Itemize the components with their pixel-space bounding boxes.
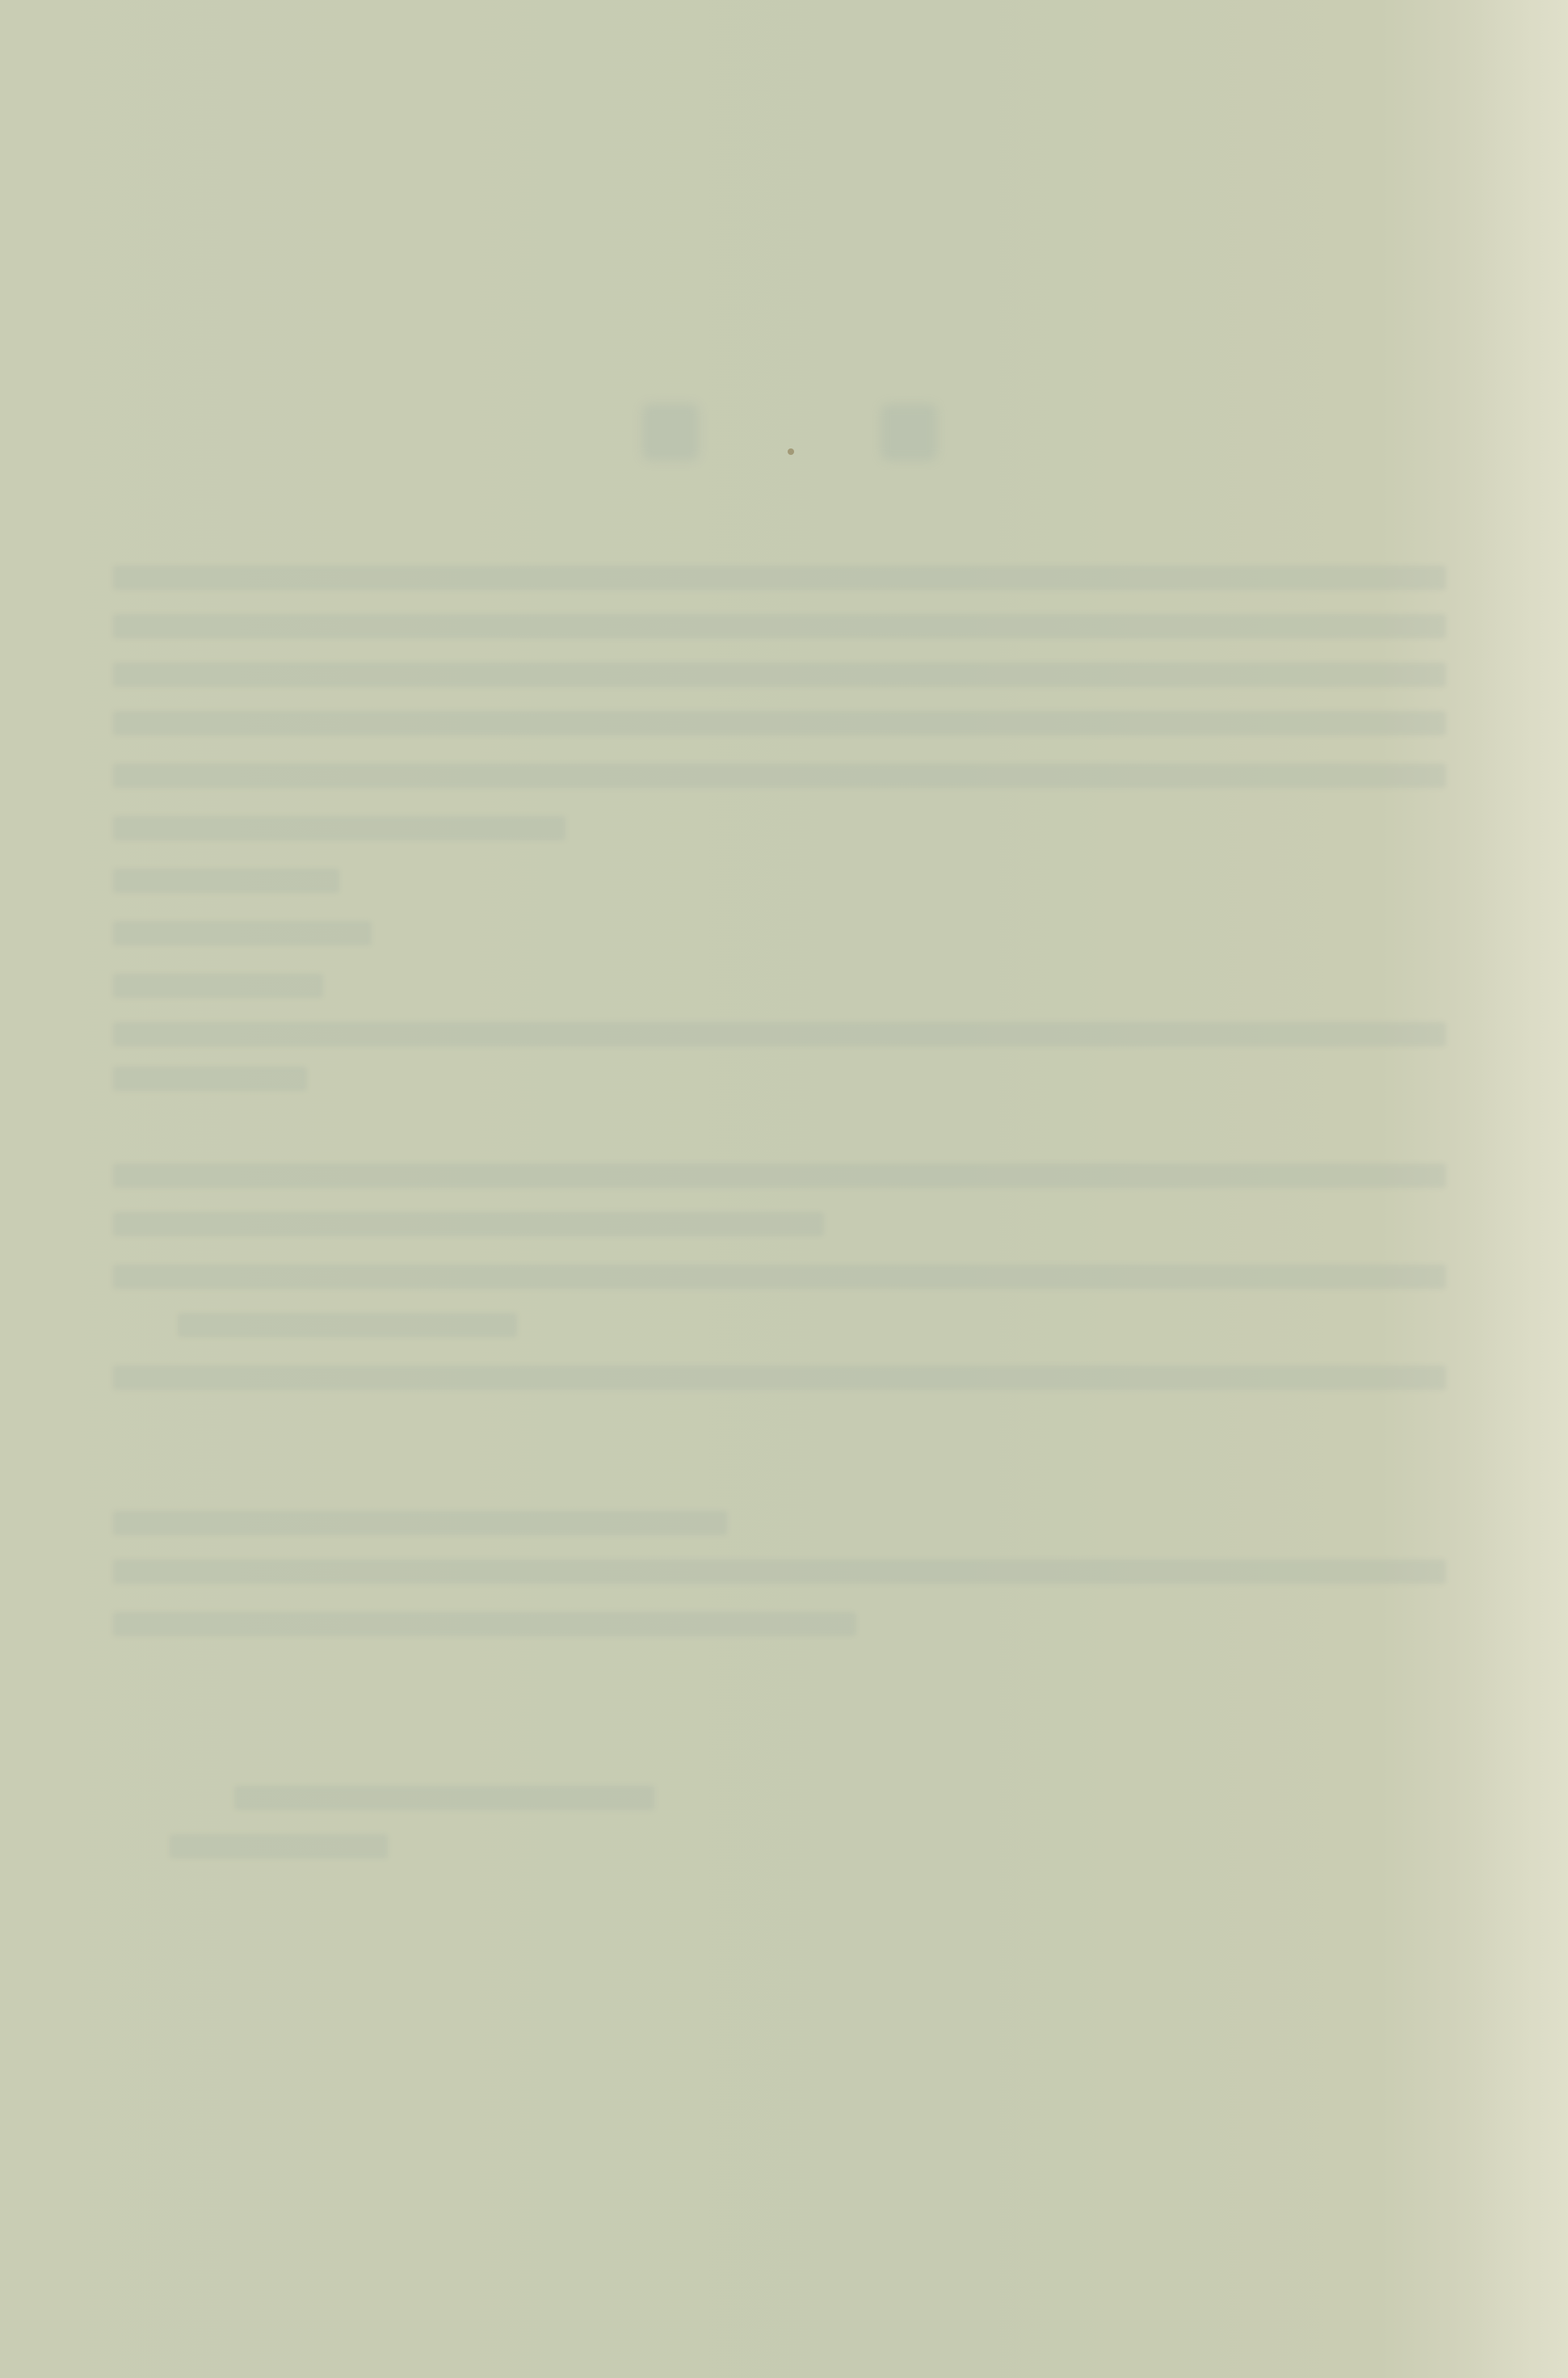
ghost-text-line xyxy=(113,614,1446,638)
ghost-text-line xyxy=(113,921,372,945)
ghost-text-line xyxy=(113,1511,727,1535)
ghost-text-line xyxy=(113,1559,1446,1584)
ghost-text-line xyxy=(113,1265,1446,1289)
title-ghost-right xyxy=(881,404,937,461)
ghost-text-line xyxy=(113,711,1446,735)
ghost-text-line xyxy=(113,869,339,893)
ghost-text-line xyxy=(113,1612,856,1636)
ghost-text-line xyxy=(113,566,1446,590)
title-ghost-left xyxy=(642,404,699,461)
page-edge xyxy=(1471,0,1568,2378)
ghost-text-line xyxy=(113,1067,307,1091)
paper-speck xyxy=(788,448,794,455)
ghost-text-line xyxy=(113,663,1446,687)
ghost-text-line xyxy=(113,1164,1446,1188)
scanned-page xyxy=(0,0,1568,2378)
ghost-text-line xyxy=(178,1313,517,1337)
ghost-text-line xyxy=(113,1022,1446,1046)
ghost-text-line xyxy=(113,974,323,998)
ghost-text-line xyxy=(113,1212,824,1236)
ghost-text-line xyxy=(113,816,565,840)
ghost-text-line xyxy=(113,764,1446,788)
ghost-text-line xyxy=(234,1786,654,1810)
ghost-text-line xyxy=(170,1834,388,1858)
ghost-text-line xyxy=(113,1366,1446,1390)
